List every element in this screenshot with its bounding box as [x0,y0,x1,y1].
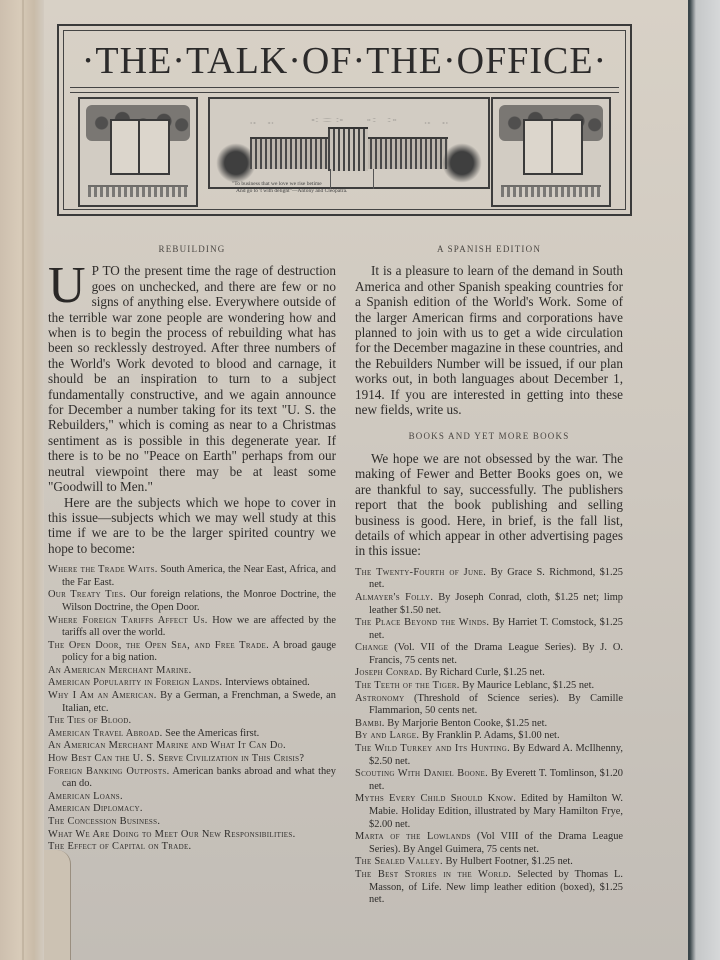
list-item: Joseph Conrad. By Richard Curle, $1.25 n… [355,667,623,680]
subjects-list: Where the Trade Waits. South America, th… [48,564,336,854]
torn-corner [44,850,71,960]
list-item: The Teeth of the Tiger. By Maurice Lebla… [355,680,623,693]
list-item: The Sealed Valley. By Hulbert Footner, $… [355,856,623,869]
left-column: REBUILDING UP TO the present time the ra… [48,240,336,854]
list-item: An American Merchant Marine and What It … [48,740,336,753]
list-item: An American Merchant Marine. [48,665,336,678]
header-quote-caption: "To business that we love we rise betime… [232,181,452,195]
list-item: American Loans. [48,791,336,804]
list-item: American Travel Abroad. See the Americas… [48,728,336,741]
list-item: What We Are Doing to Meet Our New Respon… [48,829,336,842]
rebuilding-paragraph: UP TO the present time the rage of destr… [48,263,336,494]
list-item: The Ties of Blood. [48,715,336,728]
list-item: Marta of the Lowlands (Vol VIII of the D… [355,831,623,856]
right-column: A SPANISH EDITION It is a pleasure to le… [355,240,623,907]
building-illustration [208,97,490,189]
list-item: The Effect of Capital on Trade. [48,841,336,854]
list-item: Why I Am an American. By a German, a Fre… [48,690,336,715]
page-title: ·THE·TALK·OF·THE·OFFICE· [64,39,625,83]
title-divider [70,87,619,93]
open-book-icon [110,119,170,175]
list-item: The Wild Turkey and Its Hunting. By Edwa… [355,743,623,768]
open-book-icon [523,119,583,175]
tree-icon [442,143,482,183]
worn-page-edge [0,0,44,960]
list-item: Change (Vol. VII of the Drama League Ser… [355,642,623,667]
right-book-panel [491,97,611,207]
list-item: Where the Trade Waits. South America, th… [48,564,336,589]
section-heading-rebuilding: REBUILDING [48,242,336,257]
books-list: The Twenty-Fourth of June. By Grace S. R… [355,567,623,907]
list-item: Myths Every Child Should Know. Edited by… [355,793,623,831]
magazine-page: ·THE·TALK·OF·THE·OFFICE· [0,0,688,960]
list-item: Where Foreign Tariffs Affect Us. How we … [48,615,336,640]
left-book-panel [78,97,198,207]
list-item: The Open Door, the Open Sea, and Free Tr… [48,640,336,665]
list-item: Our Treaty Ties. Our foreign relations, … [48,589,336,614]
list-item: The Place Beyond the Winds. By Harriet T… [355,617,623,642]
spanish-edition-paragraph: It is a pleasure to learn of the demand … [355,263,623,417]
section-heading-spanish-edition: A SPANISH EDITION [355,242,623,257]
list-item: American Diplomacy. [48,803,336,816]
section-heading-books: BOOKS AND YET MORE BOOKS [355,429,623,444]
background-surface [684,0,720,960]
list-item: Bambi. By Marjorie Benton Cooke, $1.25 n… [355,718,623,731]
list-item: By and Large. By Franklin P. Adams, $1.0… [355,730,623,743]
list-item: Scouting With Daniel Boone. By Everett T… [355,768,623,793]
subjects-intro-paragraph: Here are the subjects which we hope to c… [48,495,336,557]
list-item: American Popularity in Foreign Lands. In… [48,677,336,690]
books-paragraph: We hope we are not obsessed by the war. … [355,451,623,559]
list-item: The Best Stories in the World. Selected … [355,869,623,907]
list-item: Astronomy (Threshold of Science series).… [355,693,623,718]
drop-cap: U [48,263,92,307]
list-item: Foreign Banking Outposts. American banks… [48,766,336,791]
list-item: The Twenty-Fourth of June. By Grace S. R… [355,567,623,592]
list-item: The Concession Business. [48,816,336,829]
list-item: How Best Can the U. S. Serve Civilizatio… [48,753,336,766]
list-item: Almayer's Folly. By Joseph Conrad, cloth… [355,592,623,617]
